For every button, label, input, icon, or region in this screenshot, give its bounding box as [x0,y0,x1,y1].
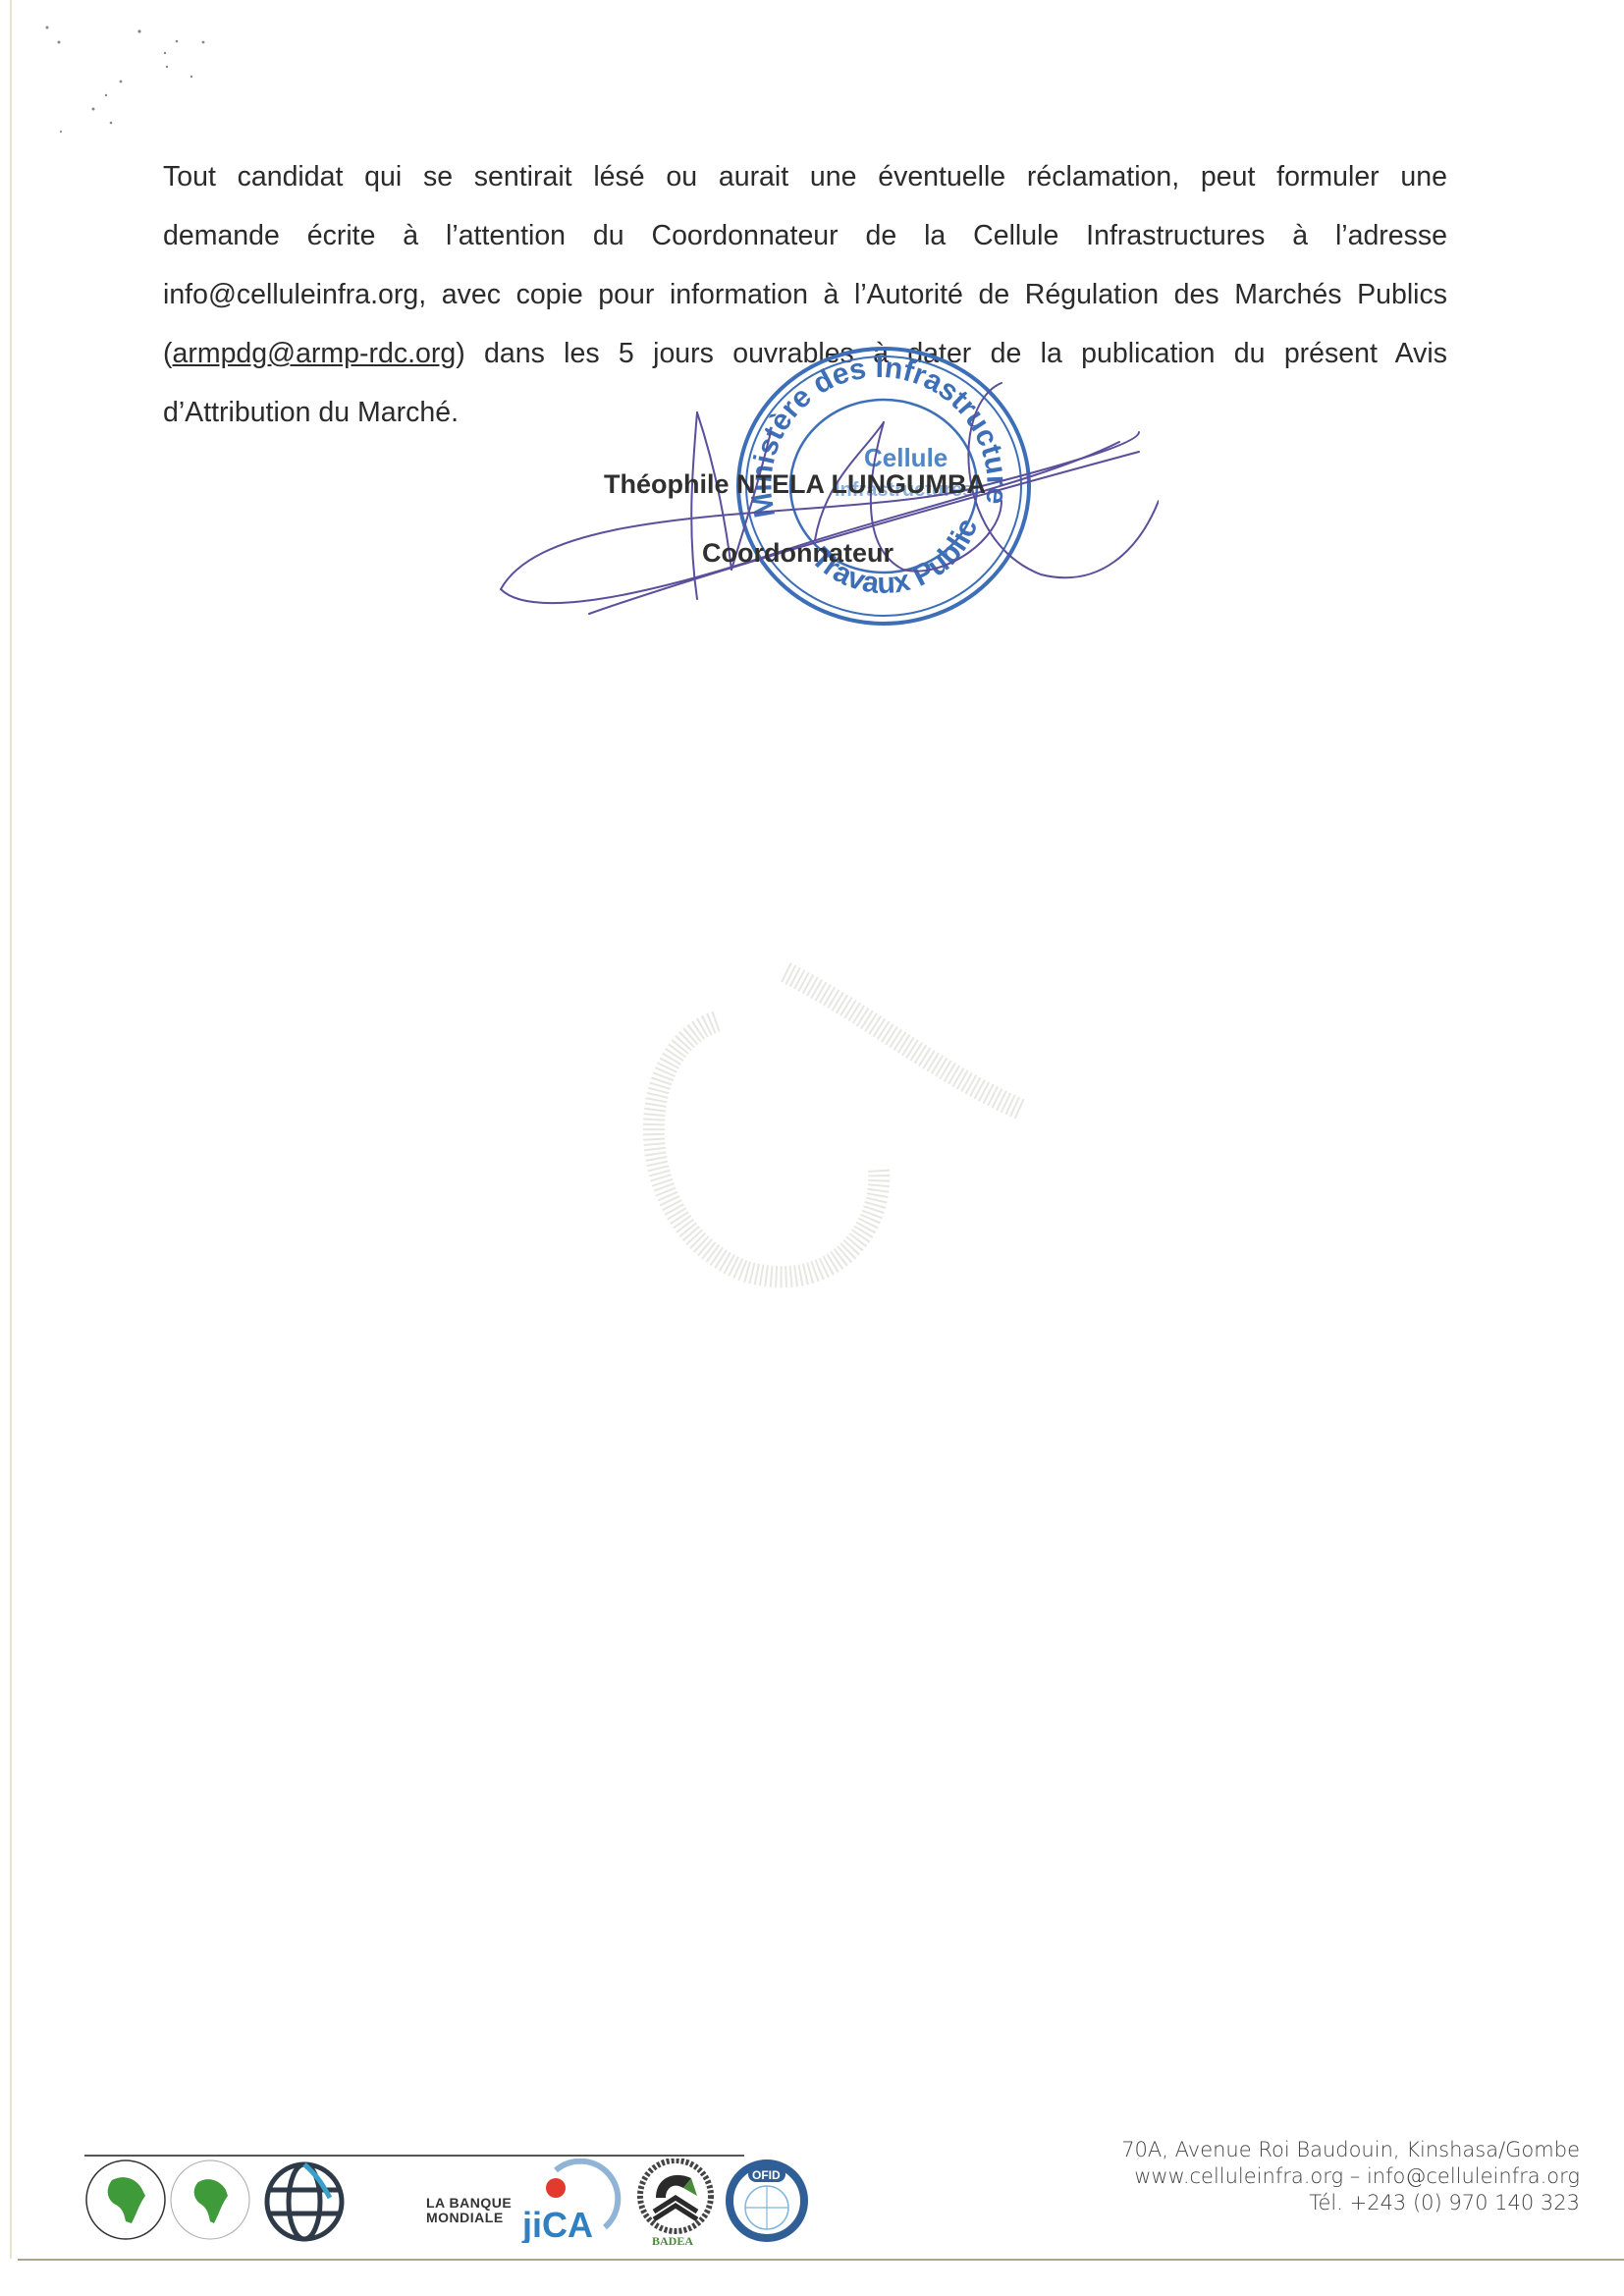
adf-logo-icon [169,2159,251,2241]
phone-text: Tél. +243 (0) 970 140 323 [1121,2190,1580,2216]
watermark-logo [609,903,1041,1296]
armp-email-link[interactable]: armpdg@armp-rdc.org [173,338,457,369]
contact-info: 70A, Avenue Roi Baudouin, Kinshasa/Gombe… [1121,2137,1580,2216]
jica-logo-icon: jiCA [516,2159,624,2243]
svg-text:jiCA: jiCA [521,2205,593,2243]
handwritten-signature [491,373,1159,629]
ofid-logo-icon: OFID [725,2159,809,2243]
scan-page-edge-left [10,0,12,2259]
svg-text:BADEA: BADEA [652,2234,693,2247]
scan-specks [0,0,295,147]
signatory-name: Théophile NTELA LUNGUMBA [604,469,986,500]
world-bank-label: LA BANQUE MONDIALE [426,2196,512,2225]
signatory-title: Coordonnateur [702,538,893,569]
afdb-logo-icon [84,2159,167,2241]
web-email-text: www.celluleinfra.org – info@celluleinfra… [1121,2163,1580,2190]
partner-logos: LA BANQUE MONDIALE jiCA BADEA OFID [84,2159,752,2247]
badea-logo-icon: BADEA [634,2159,717,2247]
footer-divider [84,2155,744,2157]
scan-page-edge-bottom [18,2259,1624,2261]
paragraph-line-2: demande écrite à l’attention du Coordonn… [163,206,1447,265]
world-bank-logo-icon [261,2159,348,2245]
svg-text:OFID: OFID [752,2168,781,2182]
paragraph-line-3: info@celluleinfra.org, avec copie pour i… [163,265,1447,324]
address-text: 70A, Avenue Roi Baudouin, Kinshasa/Gombe [1121,2137,1580,2163]
paragraph-line-1: Tout candidat qui se sentirait lésé ou a… [163,147,1447,206]
